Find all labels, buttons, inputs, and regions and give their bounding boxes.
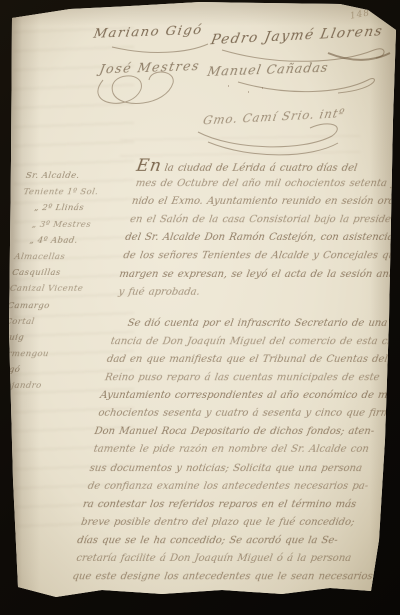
act-paragraph-session-opening: Enla ciudad de Lérida á cuatro días del … [115,157,400,302]
attendee-name: Puig [2,330,100,346]
folio-number: 148 [349,8,371,21]
attendee-name: Camargo [6,298,104,314]
body-line: Reino puso reparo á las cuentas municipa… [104,369,391,387]
rubric-flourish-manuel [238,79,374,93]
attendee-name: Almacellas [13,249,111,265]
signature-mariano-gigo: Mariano Gigó [92,23,204,42]
signature-secretario-interino: Gmo. Camí Srio. intº [202,106,347,127]
attendee-name: Casquillas [11,265,109,281]
body-line: mes de Octubre del año mil ochocientos s… [134,175,400,193]
attendee-name: Armengou [0,346,98,362]
body-line: de los señores Tenientes de Alcalde y Co… [122,247,400,265]
attendee-name: Gigó [0,362,96,378]
body-line: Ayuntamiento correspondientes al año eco… [99,387,388,405]
body-line: en el Salón de la casa Consistorial bajo… [129,211,400,229]
rubric-flourish-pedro-heavy [328,53,390,60]
body-line: sus documentos y noticias; Solicita que … [88,460,376,478]
rubric-dots [228,86,263,92]
body-line: de confianza examine los antecedentes ne… [86,478,373,496]
attendee-name: „ 4º Abad. [16,233,114,249]
body-line: tamente le pide razón en nombre del Sr. … [92,441,379,459]
body-line: del Sr. Alcalde Don Ramón Castejón, con … [124,229,400,247]
attendee-name: Sr. Alcalde. [25,168,123,184]
body-line: que este designe los antecedentes que le… [71,568,359,586]
scan-background: 148 Mariano Gigó Pedro Jaymé Llorens Jos… [0,0,400,615]
body-line: Don Manuel Roca Depositario de dichos fo… [93,423,382,441]
opening-initial: En [135,156,164,176]
attendee-name: „ 3º Mestres [18,217,116,233]
body-line: cretaría facilite á Don Joaquín Miguel ó… [75,550,362,568]
body-line: breve posible dentro del plazo que le fu… [80,514,368,532]
body-line-text: la ciudad de Lérida á cuatro días del [164,163,358,174]
body-line: Se dió cuenta por el infrascrito Secreta… [110,315,399,333]
attendee-name: Teniente 1º Sol. [22,184,120,200]
body-line: ra contestar los referidos reparos en el… [81,496,370,514]
manuscript-page: 148 Mariano Gigó Pedro Jaymé Llorens Jos… [0,0,400,615]
signature-jose-mestres: José Mestres [98,58,201,76]
body-line: días que se le ha concedido; Se acordó q… [76,532,365,550]
body-line: ochocientos sesenta y cuatro á sesenta y… [97,405,385,423]
body-line: tancia de Don Joaquín Miguel del comerci… [109,333,396,351]
attendee-name: „ 2º Llinás [20,200,118,216]
body-line: dad en que manifiesta que el Tribunal de… [105,351,393,369]
body-line: Enla ciudad de Lérida á cuatro días del [135,157,400,175]
body-line: nido el Exmo. Ayuntamiento reunido en se… [130,193,400,211]
rubric-flourish-pedro [222,49,384,62]
attendee-name: Canizal Vicente [9,281,107,297]
signature-pedro-jayme-llorens: Pedro Jaymé Llorens [209,24,384,49]
signature-manuel-canadas: Manuel Cañadas [206,60,330,79]
attendee-name: Alejandro [0,378,93,394]
attendee-name: Cortal [4,314,102,330]
body-line: margen se expresan, se leyó el acta de l… [118,266,400,284]
body-line: y fué aprobada. [117,284,400,302]
act-paragraph-resolution: Se dió cuenta por el infrascrito Secreta… [70,315,399,586]
